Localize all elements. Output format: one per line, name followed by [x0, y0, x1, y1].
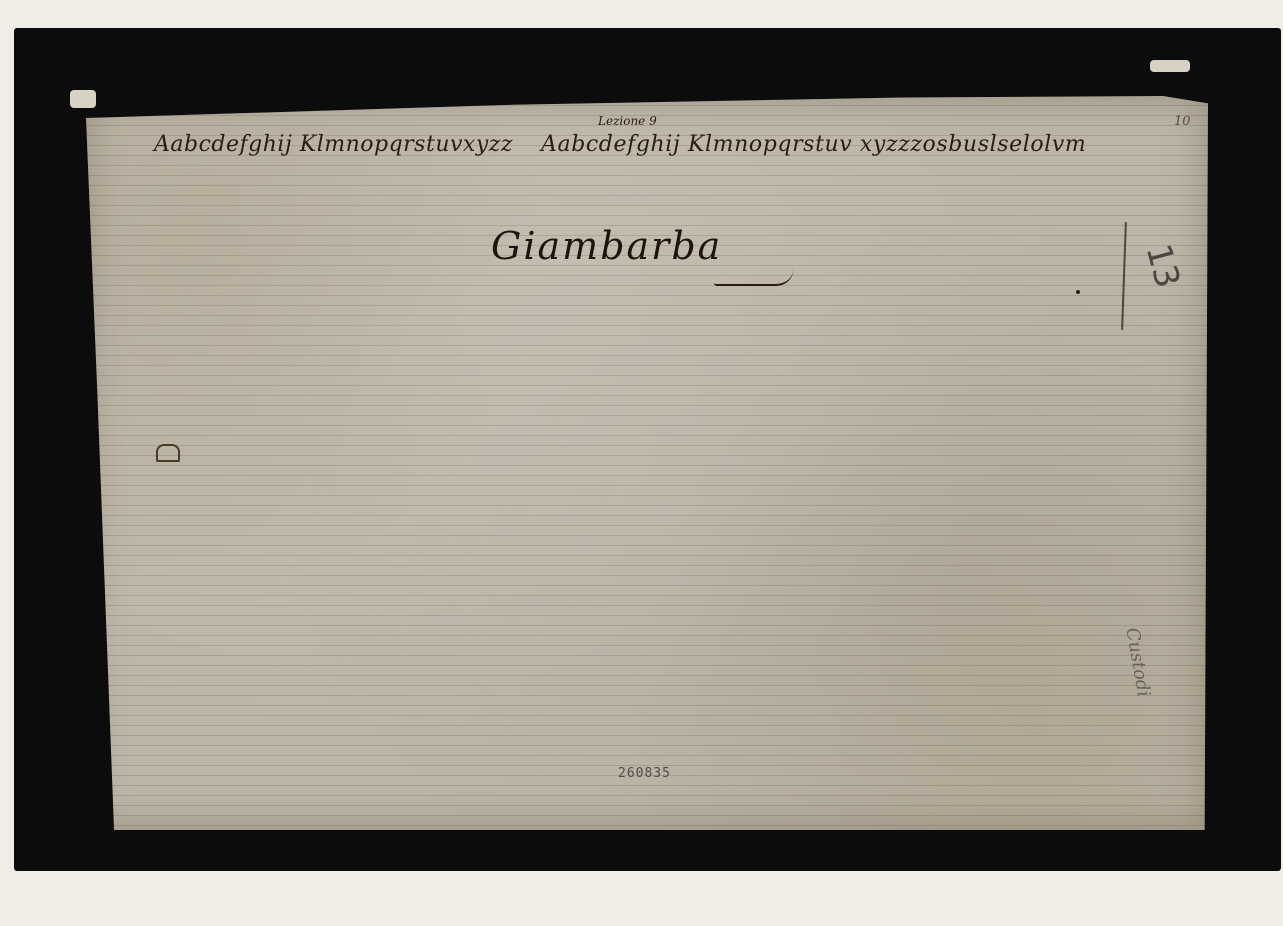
signature: Giambarba [491, 224, 722, 268]
exercise-sheet: Lezione 9 10 Aabcdefghij Klmnopqrstuvxyz… [86, 96, 1208, 830]
torn-corner-top-right [1150, 60, 1190, 72]
page-number: 10 [1174, 114, 1191, 129]
lesson-label: Lezione 9 [598, 114, 657, 128]
alphabet-line-2: Aabcdefghij Klmnopqrstuv xyzzzosbuslselo… [541, 132, 1086, 157]
inventory-number: 260835 [618, 766, 671, 781]
torn-corner-top-left [70, 90, 96, 108]
ink-dot [1076, 290, 1080, 294]
left-margin-mark-icon [156, 444, 180, 462]
signature-flourish [714, 268, 794, 286]
paper-stain-overlay [86, 96, 1208, 830]
alphabet-line-1: Aabcdefghij Klmnopqrstuvxyzz [154, 132, 513, 157]
black-mount-board: Lezione 9 10 Aabcdefghij Klmnopqrstuvxyz… [14, 28, 1281, 871]
